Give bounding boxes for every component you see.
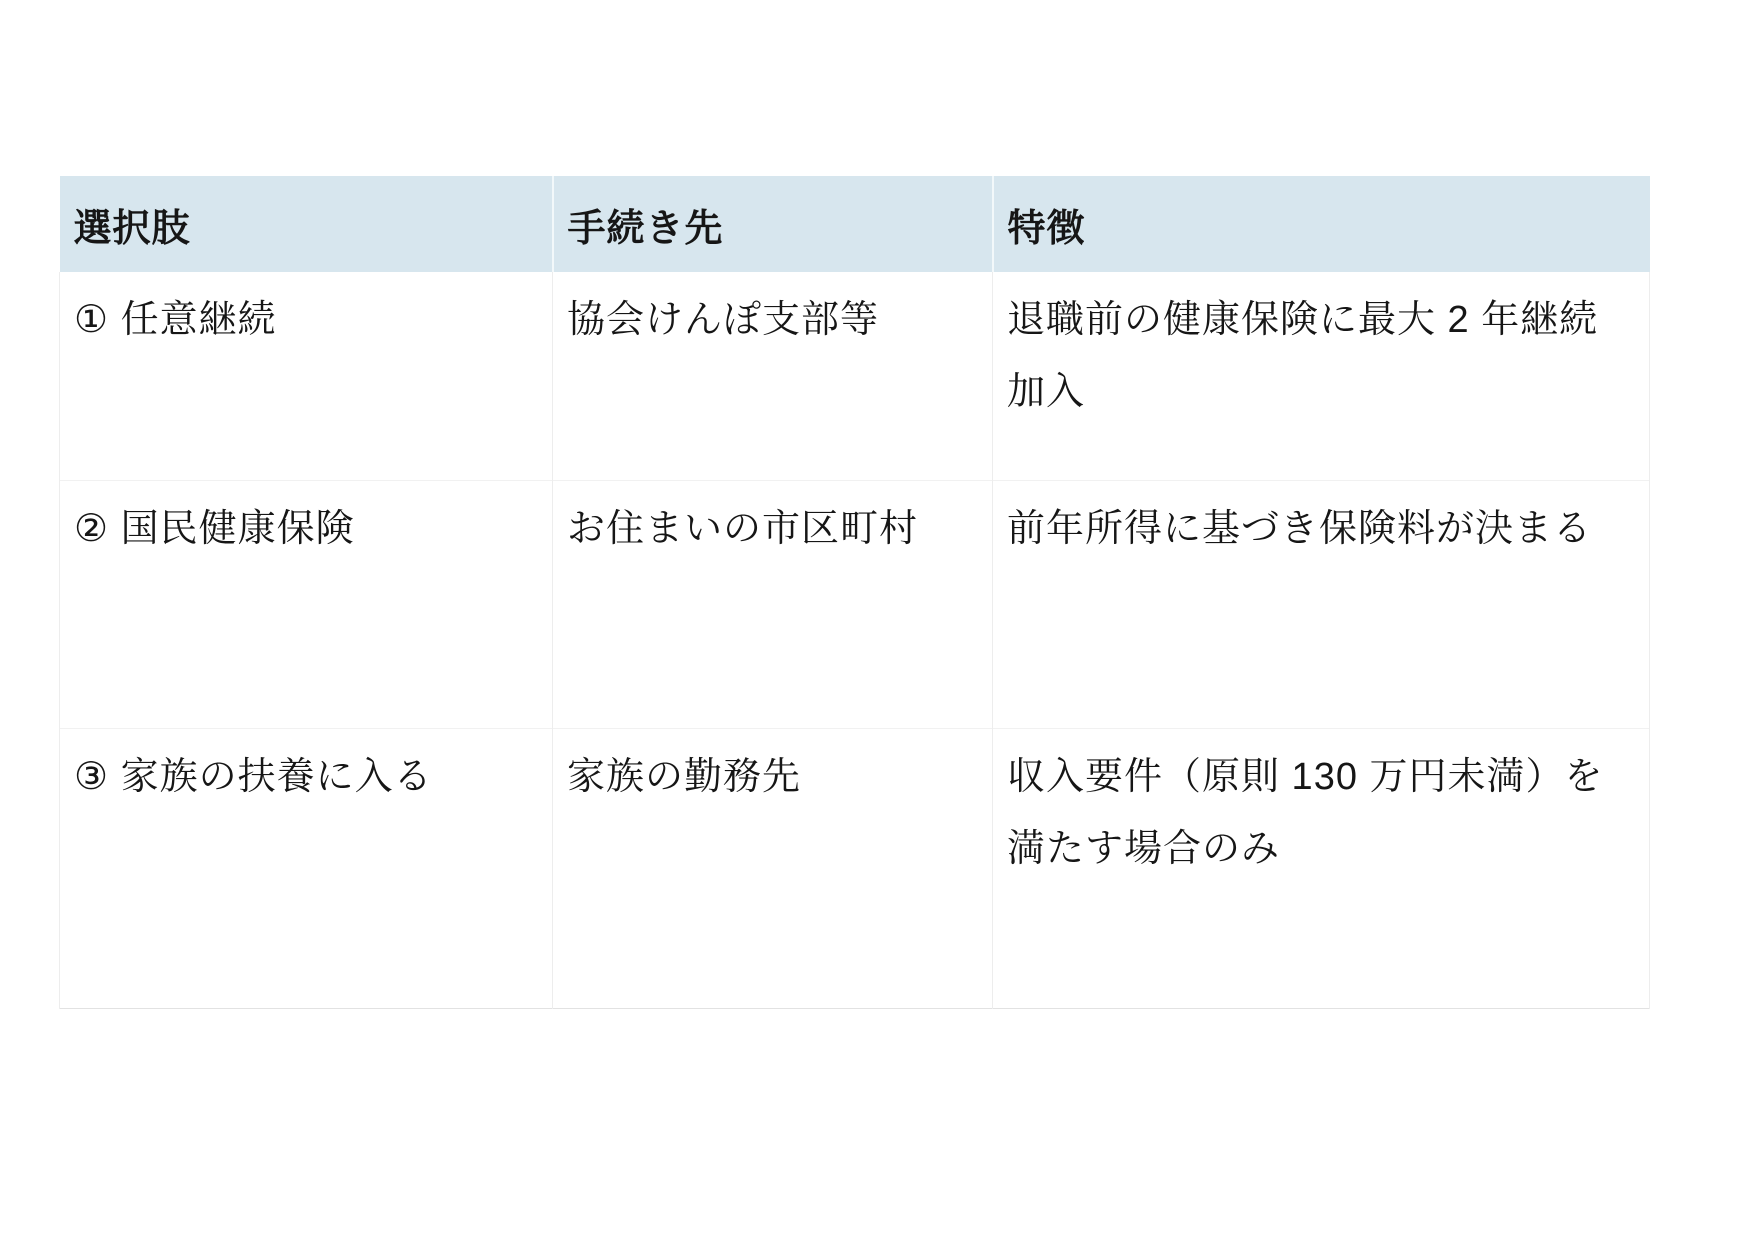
cell-option: ② 国民健康保険 bbox=[60, 480, 553, 728]
cell-option: ① 任意継続 bbox=[60, 272, 553, 480]
table-row: ③ 家族の扶養に入る 家族の勤務先 収入要件（原則 130 万円未満）を 満たす… bbox=[60, 728, 1650, 1008]
cell-procedure: お住まいの市区町村 bbox=[553, 480, 993, 728]
header-cell-option: 選択肢 bbox=[60, 176, 553, 272]
table-row: ② 国民健康保険 お住まいの市区町村 前年所得に基づき保険料が決まる bbox=[60, 480, 1650, 728]
header-cell-procedure: 手続き先 bbox=[553, 176, 993, 272]
cell-feature: 前年所得に基づき保険料が決まる bbox=[993, 480, 1650, 728]
cell-option: ③ 家族の扶養に入る bbox=[60, 728, 553, 1008]
table-header-row: 選択肢 手続き先 特徴 bbox=[60, 176, 1650, 272]
insurance-options-table: 選択肢 手続き先 特徴 ① 任意継続 協会けんぽ支部等 退職前の健康保険に最大 … bbox=[59, 176, 1650, 1009]
cell-feature: 退職前の健康保険に最大 2 年継続 加入 bbox=[993, 272, 1650, 480]
table-row: ① 任意継続 協会けんぽ支部等 退職前の健康保険に最大 2 年継続 加入 bbox=[60, 272, 1650, 480]
cell-feature: 収入要件（原則 130 万円未満）を 満たす場合のみ bbox=[993, 728, 1650, 1008]
header-cell-feature: 特徴 bbox=[993, 176, 1650, 272]
cell-procedure: 協会けんぽ支部等 bbox=[553, 272, 993, 480]
cell-procedure: 家族の勤務先 bbox=[553, 728, 993, 1008]
